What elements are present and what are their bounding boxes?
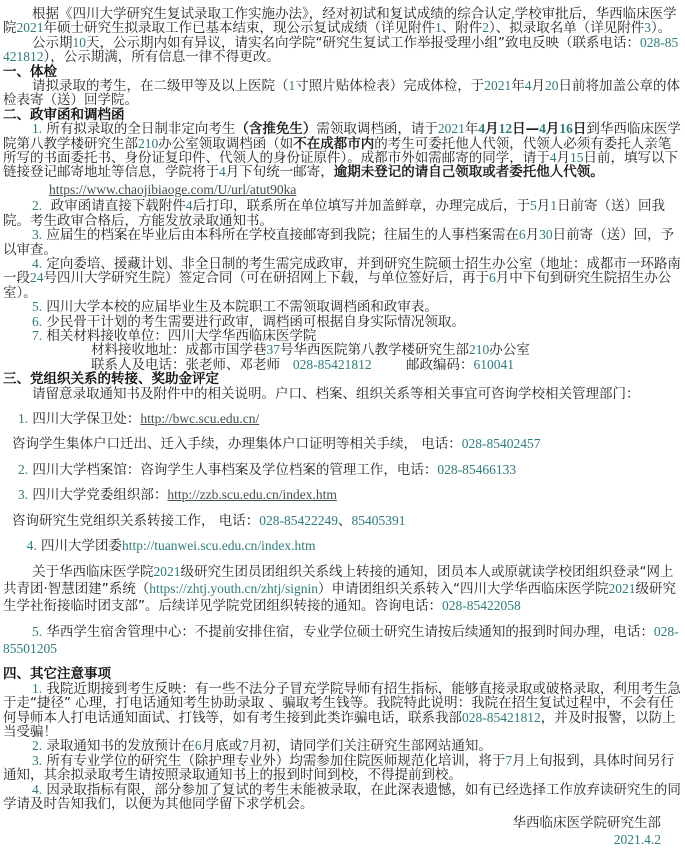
scu-local-students-paragraph: 5. 四川大学本校的应届毕业生及本院职工不需领取调档函和政审表。 [3, 300, 681, 314]
latin-text: 24 [30, 270, 44, 285]
latin-text: 028-85422058 [442, 598, 521, 613]
cjk-text: 月 [537, 198, 551, 214]
latin-text: 1. [32, 681, 42, 696]
cjk-text: ），公示期满，所有信息一律不得更改。 [44, 49, 280, 65]
latin-text: 210 [138, 136, 158, 151]
latin-text: 4. [32, 782, 42, 797]
latin-text: 4 [219, 164, 226, 179]
latin-text: 1. [18, 411, 28, 426]
hyperlink[interactable]: https://www.chaojibiaoge.com/U/url/atut9… [49, 182, 296, 197]
publicity-period-paragraph: 公示期10天，公示期内如有异议，请实名向学院“研究生复试工作举报受理小组”致电反… [3, 36, 681, 65]
latin-text: 4. [32, 256, 42, 271]
latin-text: 028-85466133 [437, 462, 516, 477]
latin-text: 028-85422249 [259, 513, 338, 528]
hyperlink[interactable]: http://bwc.scu.edu.cn/ [140, 411, 259, 426]
hyperlink[interactable]: http://zzb.scu.edu.cn/index.htm [167, 487, 336, 502]
latin-text: 2021 [609, 581, 636, 596]
latin-text: 2021 [17, 20, 44, 35]
document-page: 根据《四川大学研究生复试录取工作实施办法》，经对初试和复试成绩的综合认定,学校审… [0, 0, 685, 857]
intro-paragraph: 根据《四川大学研究生复试录取工作实施办法》，经对初试和复试成绩的综合认定,学校审… [3, 7, 681, 36]
latin-text: 2. [32, 738, 42, 753]
residency-training-paragraph: 3. 所有专业学位的研究生（除护理专业外）均需参加住院医师规范化培训，将于7月上… [3, 754, 681, 783]
latin-text: 6 [489, 270, 496, 285]
youth-league-item: 4. 四川大学团委http://tuanwei.scu.edu.cn/index… [3, 539, 681, 553]
latin-text: 30 [539, 227, 553, 242]
latin-text: 2. [18, 462, 28, 477]
latin-text: 4 [525, 78, 532, 93]
cjk-text: 月 [532, 78, 546, 94]
minority-program-paragraph: 6. 少民骨干计划的考生需要进行政审，调档函可根据自身实际情况领取。 [3, 315, 681, 329]
dormitory-paragraph: 5. 华西学生宿舍管理中心：不提前安排住宿，专业学位硕士研究生请按后续通知的报到… [3, 624, 681, 657]
cjk-text: 华西学生宿舍管理中心：不提前安排住宿，专业学位硕士研究生请按后续通知的报到时间办… [42, 624, 654, 640]
fraud-warning-paragraph: 1. 我院近期接到考生反映：有一些不法分子冒充学院导师有招生指标，能够直接录取或… [3, 682, 681, 740]
latin-text: 2021 [438, 121, 465, 136]
latin-text: 3 [644, 20, 651, 35]
latin-text: 15 [570, 150, 584, 165]
cjk-text: 月 [526, 227, 540, 243]
latin-text: http://tuanwei.scu.edu.cn/index.htm [122, 538, 315, 553]
latin-text: 4 [550, 150, 557, 165]
latin-text: 2021.4.2 [614, 832, 661, 847]
section-4-heading: 四、其它注意事项 [3, 667, 681, 681]
document-body: 根据《四川大学研究生复试录取工作实施办法》，经对初试和复试成绩的综合认定,学校审… [3, 7, 681, 849]
cjk-text: 咨询学生集体户口迁出、迁入手续，办理集体户口证明等相关手续， 电话： [12, 436, 462, 452]
cjk-text [18, 538, 27, 554]
latin-text: 12 [499, 121, 513, 136]
latin-text: 610041 [473, 357, 514, 372]
cjk-text: 因录取指标有限，部分参加了复试的考生未能被录取，在此深表遗憾，如有已经选择工作放… [3, 782, 681, 812]
cjk-text: 关于华西临床医学院 [32, 564, 154, 580]
archive-letter-paragraph: 1. 所有拟录取的全日制非定向考生（含推免生）需领取调档函，请于2021年4月1… [3, 122, 681, 180]
archives-mailing-paragraph: 3. 应届生的档案在毕业后由本科所在学校直接邮寄到我院；往届生的人事档案需在6月… [3, 228, 681, 257]
archives-office-item: 2. 四川大学档案馆：咨询学生人事档案及学位档案的管理工作，电话：028-854… [3, 463, 681, 477]
latin-text: 3. [32, 227, 42, 242]
cjk-text: ）申请团组织关系转入“四川大学华西临床医学院 [318, 581, 609, 597]
latin-text: 1 [435, 20, 442, 35]
quota-regret-paragraph: 4. 因录取指标有限，部分参加了复试的考生未能被录取，在此深表遗憾，如有已经选择… [3, 783, 681, 812]
cjk-text: 咨询研究生党组织关系转接工作， 电话： [12, 513, 259, 529]
latin-text: 210 [469, 342, 489, 357]
latin-text: 4. [27, 538, 37, 553]
cjk-text: 四川大学团委 [37, 538, 122, 554]
cjk-text: 四川大学档案馆：咨询学生人事档案及学位档案的管理工作，电话： [28, 462, 437, 478]
mailing-register-link-line: https://www.chaojibiaoge.com/U/url/atut9… [3, 183, 681, 197]
party-org-desc: 咨询研究生党组织关系转接工作， 电话：028-85422249、85405391 [3, 514, 681, 528]
latin-text: 1 [550, 198, 557, 213]
cjk-text: 号四川大学研究生院）签定合同（可在研招网上下载，与单位签好后，再于 [44, 270, 490, 286]
cjk-text: 寸照片贴体检表）完成体检，于 [295, 78, 484, 94]
cjk-text: 、 [338, 513, 352, 529]
latin-text: 6 [195, 738, 202, 753]
latin-text: 20 [545, 78, 559, 93]
contact-phone-line: 联系人及电话：张老师、邓老师 028-85421812 邮政编码：610041 [3, 358, 681, 372]
latin-text: 3. [18, 487, 28, 502]
latin-text: 10 [73, 35, 87, 50]
latin-text: 5 [530, 198, 537, 213]
latin-text: 028-85421812 [462, 710, 541, 725]
material-address-line: 材料接收地址：成都市国学巷37号华西医院第八教学楼研究生部210办公室 [3, 343, 681, 357]
section-3-heading: 三、党组织关系的转接、奖助金评定 [3, 372, 681, 386]
signature-date: 2021.4.2 [3, 832, 681, 849]
cjk-text: 年 [511, 78, 525, 94]
latin-text: 37 [267, 342, 281, 357]
latin-text: 16 [559, 121, 573, 136]
latin-text: 2 [482, 20, 489, 35]
latin-text: https://zhtj.youth.cn/zhtj/signin [149, 581, 318, 596]
cjk-text: 邮政编码： [372, 357, 474, 373]
latin-text: 7. [32, 328, 42, 343]
cjk-text: 请留意录取通知书及附件中的相关说明。户口、档案、组织关系等相关事宜可咨询学校相关… [32, 386, 640, 402]
section-1-heading: 一、体检 [3, 65, 681, 79]
latin-text: 6 [519, 227, 526, 242]
admission-letter-paragraph: 2. 录取通知书的发放预计在6月底或7月初，请同学们关注研究生部网站通知。 [3, 739, 681, 753]
latin-text: 5. [32, 624, 42, 639]
cjk-text: 应届生的档案在毕业后由本科所在学校直接邮寄到我院；往届生的人事档案需在 [42, 227, 519, 243]
latin-text: 2. [32, 198, 42, 213]
cjk-text: 四川大学保卫处： [28, 411, 140, 427]
latin-text: 028-85421812 [293, 357, 372, 372]
cjk-text: 四川大学党委组织部： [28, 487, 167, 503]
cjk-text: 逾期未登记的请自己领取或者委托他人代领。 [334, 164, 604, 180]
security-office-desc: 咨询学生集体户口迁出、迁入手续，办理集体户口证明等相关手续， 电话：028-85… [3, 437, 681, 451]
latin-text: 4 [539, 121, 546, 136]
latin-text: 2021 [154, 564, 181, 579]
latin-text: 85405391 [352, 513, 406, 528]
latin-text: 6. [32, 314, 42, 329]
security-office-item: 1. 四川大学保卫处：http://bwc.scu.edu.cn/ [3, 412, 681, 426]
section-3-intro: 请留意录取通知书及附件中的相关说明。户口、档案、组织关系等相关事宜可咨询学校相关… [3, 387, 681, 401]
party-org-item: 3. 四川大学党委组织部：http://zzb.scu.edu.cn/index… [3, 488, 681, 502]
cjk-text: 月下旬统一邮寄， [226, 164, 334, 180]
political-review-paragraph: 2. 政审函请直接下载附件4后打印，联系所在单位填写并加盖鲜章，办理完成后，于5… [3, 199, 681, 228]
signature-department: 华西临床医学院研究生部 [3, 816, 681, 832]
latin-text: 2021 [484, 78, 511, 93]
physical-exam-paragraph: 请拟录取的考生，在二级甲等及以上医院（1寸照片贴体检表）完成体检，于2021年4… [3, 79, 681, 108]
latin-text: 7 [242, 738, 249, 753]
latin-text: 028-85402457 [462, 436, 541, 451]
league-transfer-paragraph: 关于华西临床医学院2021级研究生团员团组织关系线上转接的通知，团员本人或原就读… [3, 564, 681, 614]
targeted-training-paragraph: 4. 定向委培、援藏计划、非全日制的考生需完成政审，并到研究生院硕士招生办公室（… [3, 257, 681, 300]
cjk-text: 华西临床医学院研究生部 [513, 815, 662, 831]
latin-text: 3. [32, 753, 42, 768]
latin-text: 5. [32, 299, 42, 314]
latin-text: 1. [32, 121, 42, 136]
